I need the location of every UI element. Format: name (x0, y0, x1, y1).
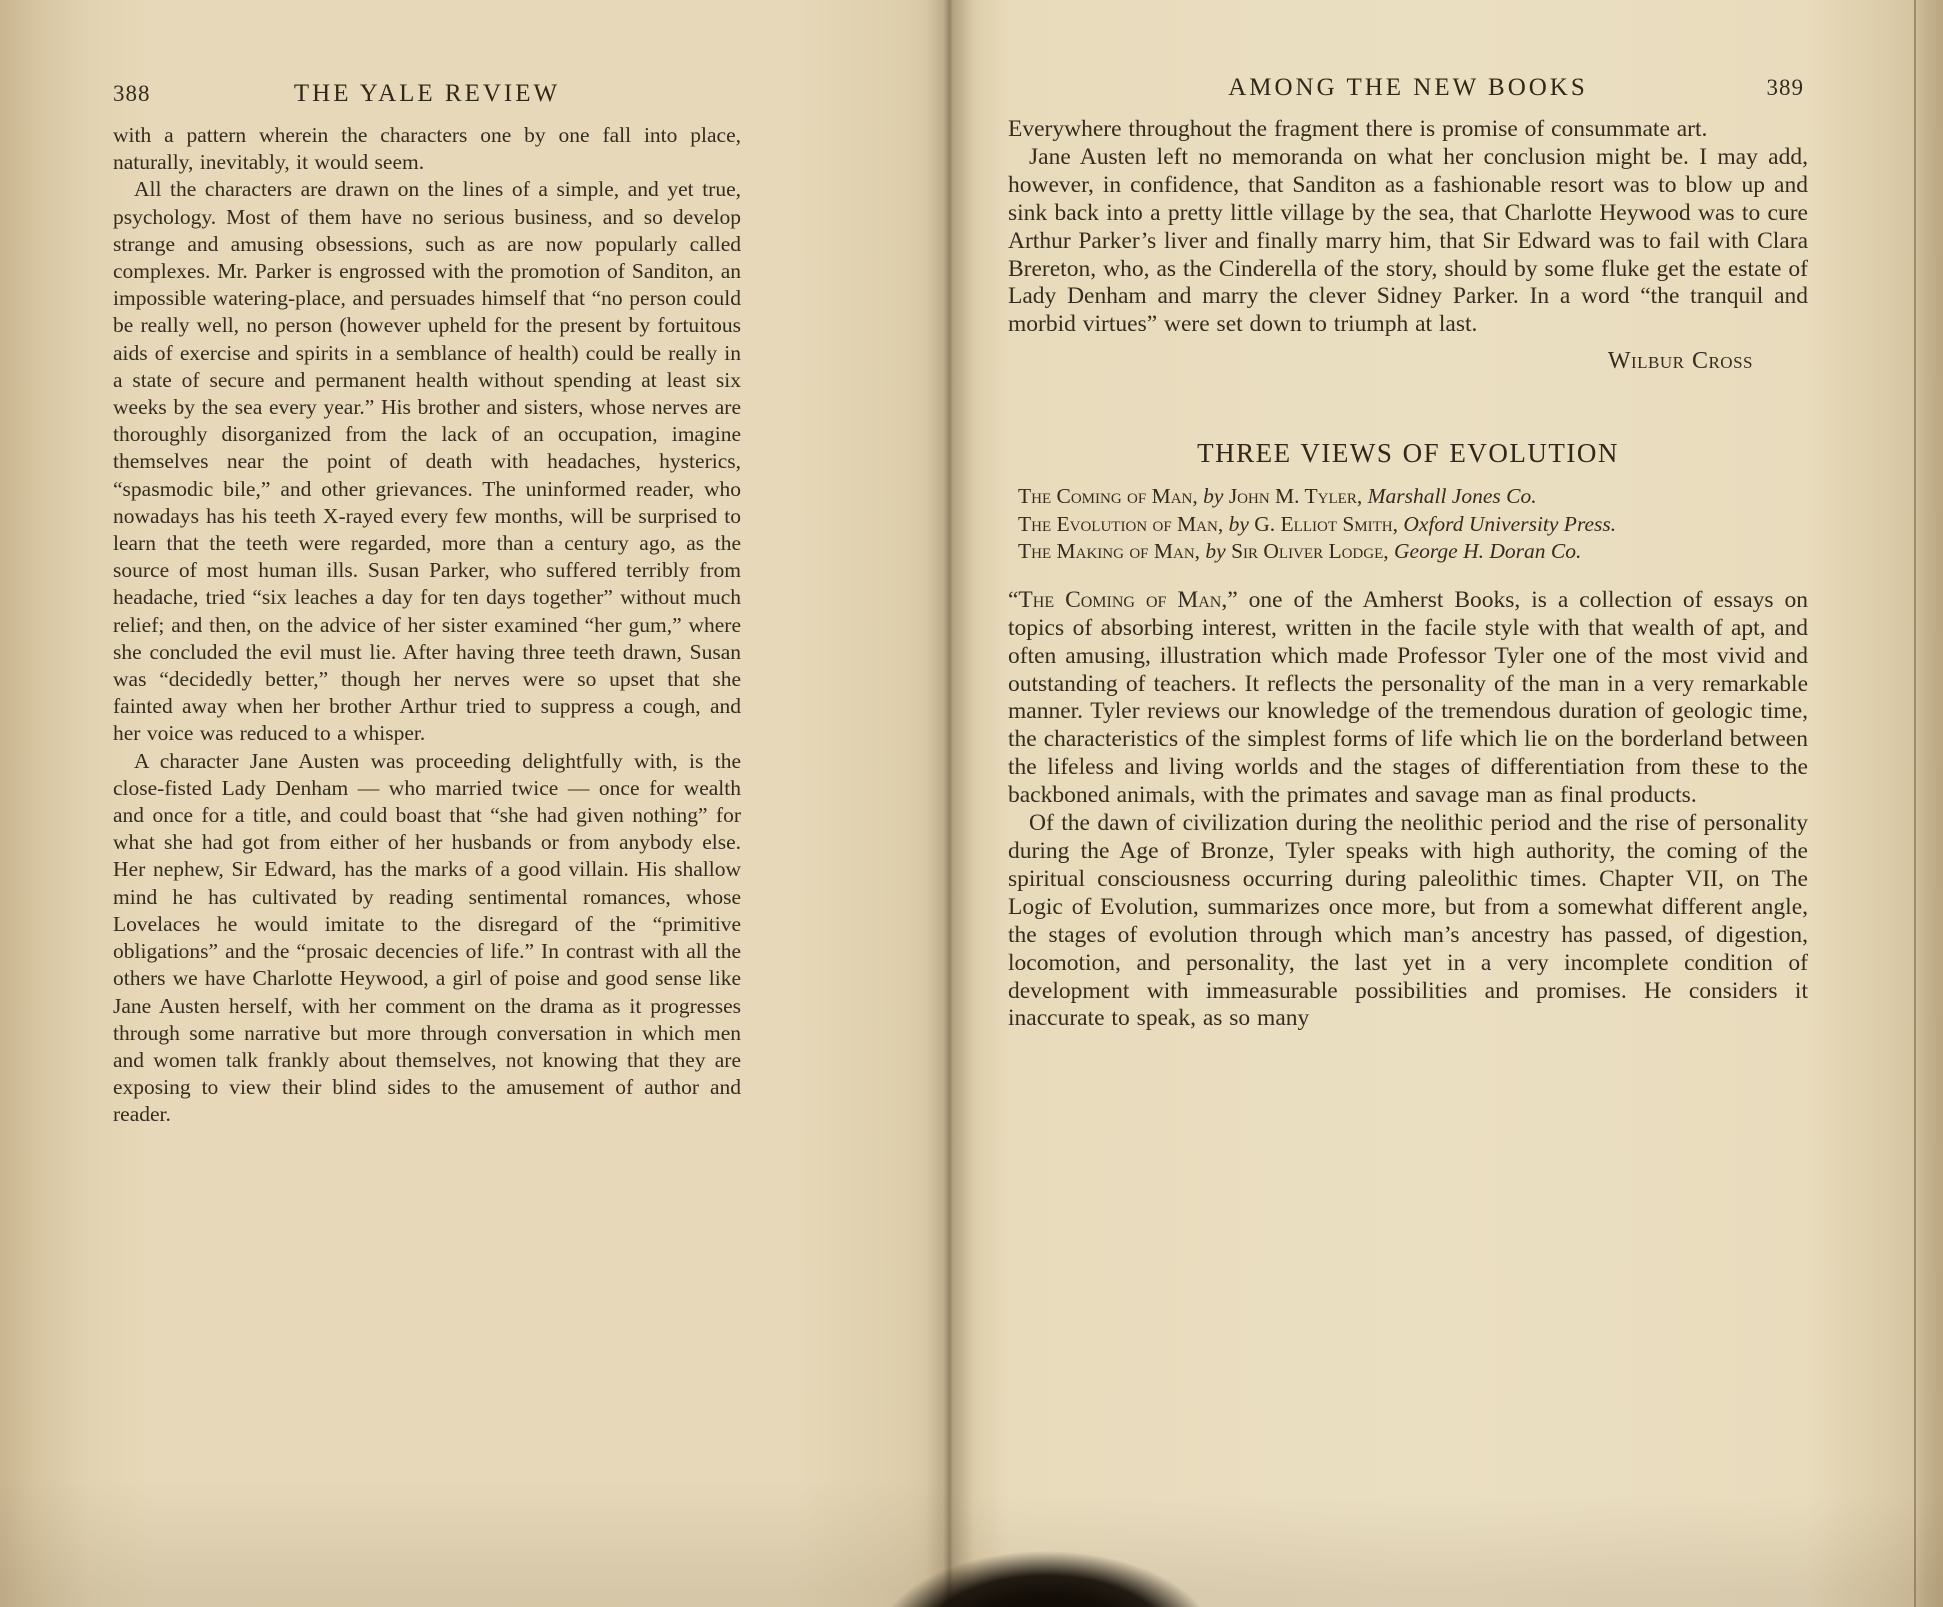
book-by-word: by (1229, 512, 1249, 536)
right-page-number: 389 (1767, 75, 1805, 101)
paragraph: Of the dawn of civilization during the n… (1008, 810, 1808, 1033)
paragraph: A character Jane Austen was proceeding d… (113, 748, 741, 1129)
left-page: 388 THE YALE REVIEW with a pattern where… (0, 0, 948, 1607)
right-running-title: AMONG THE NEW BOOKS (1008, 74, 1808, 102)
paragraph: “The Coming of Man,” one of the Amherst … (1008, 587, 1808, 810)
book-title: The Evolution of Man, (1018, 512, 1223, 536)
book-citation: The Making of Man, by Sir Oliver Lodge, … (1008, 538, 1808, 566)
book-list: The Coming of Man, by John M. Tyler, Mar… (1008, 483, 1808, 566)
left-running-title: THE YALE REVIEW (113, 80, 741, 108)
paragraph: Jane Austen left no memoranda on what he… (1008, 144, 1808, 339)
book-author: Sir Oliver Lodge, (1231, 539, 1389, 563)
paragraph: All the characters are drawn on the line… (113, 176, 741, 747)
book-by-word: by (1203, 484, 1223, 508)
left-running-head: 388 THE YALE REVIEW (113, 80, 741, 116)
book-author: John M. Tyler, (1229, 484, 1362, 508)
left-text-column: with a pattern wherein the characters on… (113, 122, 741, 1129)
paragraph-text: one of the Amherst Books, is a collectio… (1008, 587, 1808, 808)
book-author: G. Elliot Smith, (1254, 512, 1398, 536)
paragraph: with a pattern wherein the characters on… (113, 122, 741, 176)
book-title: The Coming of Man, (1018, 484, 1198, 508)
book-publisher: Oxford University Press. (1403, 512, 1616, 536)
book-publisher: Marshall Jones Co. (1368, 484, 1537, 508)
reviewer-signature: Wilbur Cross (1008, 348, 1808, 376)
book-by-word: by (1205, 539, 1225, 563)
right-running-head: AMONG THE NEW BOOKS 389 (1008, 74, 1808, 110)
book-spread: 388 THE YALE REVIEW with a pattern where… (0, 0, 1943, 1607)
right-page: AMONG THE NEW BOOKS 389 Everywhere throu… (948, 0, 1943, 1607)
book-citation: The Coming of Man, by John M. Tyler, Mar… (1008, 483, 1808, 511)
book-citation: The Evolution of Man, by G. Elliot Smith… (1008, 511, 1808, 539)
book-title: The Making of Man, (1018, 539, 1200, 563)
paragraph: Everywhere throughout the fragment there… (1008, 116, 1808, 144)
right-text-column: Everywhere throughout the fragment there… (1008, 116, 1808, 1033)
book-publisher: George H. Doran Co. (1394, 539, 1581, 563)
section-heading: THREE VIEWS OF EVOLUTION (1008, 440, 1808, 468)
paragraph-lead-small-caps: “The Coming of Man,” (1008, 587, 1238, 613)
